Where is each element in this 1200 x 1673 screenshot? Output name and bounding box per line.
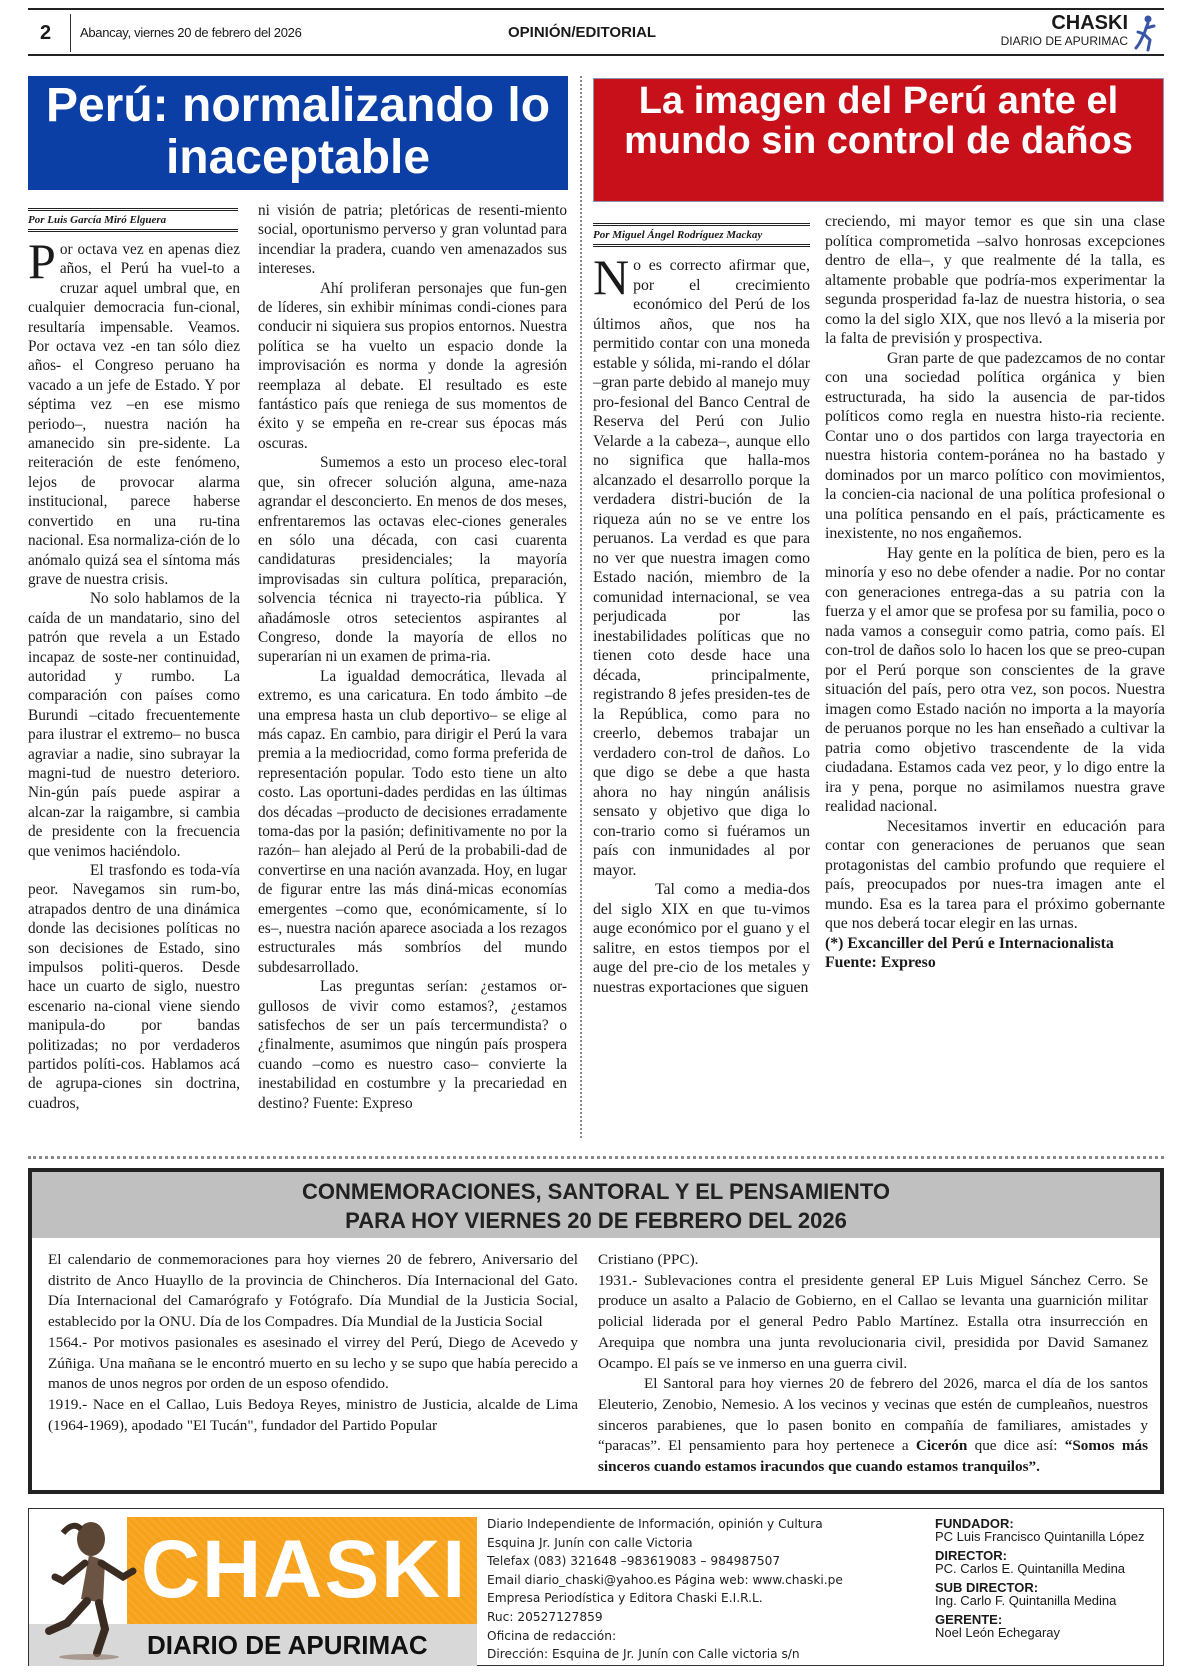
paragraph: Ahí proliferan personajes que fun-gen de…: [258, 279, 567, 454]
commemorations-left-column: El calendario de conmemoraciones para ho…: [48, 1250, 578, 1436]
quote-author: Cicerón: [916, 1437, 967, 1454]
paragraph: o es correcto afirmar que, por el crecim…: [593, 257, 810, 879]
column-divider: [580, 76, 582, 1138]
santoral-paragraph: El Santoral para hoy viernes 20 de febre…: [598, 1374, 1148, 1478]
info-line: Telefax (083) 321648 –983619083 – 984987…: [487, 1552, 843, 1571]
heading-line: CONMEMORACIONES, SANTORAL Y EL PENSAMIEN…: [32, 1177, 1160, 1206]
staff-name: Noel León Echegaray: [935, 1626, 1164, 1640]
info-line: Oficina de redacción:: [487, 1627, 843, 1646]
staff-name: Ing. Carlo F. Quintanilla Medina: [935, 1594, 1164, 1608]
quote-intro: que dice así:: [967, 1437, 1064, 1454]
paragraph: creciendo, mi mayor temor es que sin una…: [825, 212, 1165, 349]
article-right-title: La imagen del Perú ante el mundo sin con…: [593, 78, 1164, 202]
info-line: Ruc: 20527127859: [487, 1608, 843, 1627]
header-divider: [70, 14, 71, 52]
logo-banner: CHASKI: [127, 1517, 477, 1624]
info-line: Dirección: Esquina de Jr. Junín con Call…: [487, 1645, 843, 1664]
issue-date: Abancay, viernes 20 de febrero del 2026: [80, 25, 302, 40]
section-divider: [28, 1156, 1164, 1159]
logo-title: CHASKI: [139, 1521, 469, 1619]
chaski-runner-icon: [33, 1511, 141, 1661]
info-line: Esquina Jr. Junín con calle Victoria: [487, 1534, 843, 1553]
article-left-byline: Por Luis García Miró Elguera: [28, 208, 238, 232]
page-number: 2: [40, 22, 51, 45]
brand-subtitle: DIARIO DE APURIMAC: [1001, 34, 1128, 48]
drop-cap: P: [28, 242, 56, 280]
paragraph: Gran parte de que padezcamos de no conta…: [825, 349, 1165, 544]
brand-name: CHASKI: [1001, 12, 1128, 34]
author-footnote: (*) Excanciller del Perú e Internacional…: [825, 934, 1165, 954]
info-line: Email diario_chaski@yahoo.es Página web:…: [487, 1571, 843, 1590]
masthead-footer: DIARIO DE APURIMAC CHASKI Diario Indepen…: [28, 1508, 1164, 1666]
paragraph: No solo hablamos de la caída de un manda…: [28, 589, 240, 861]
article-left-title: Perú: normalizando lo inaceptable: [28, 76, 568, 190]
article-left-column-1: Por octava vez en apenas diez años, el P…: [28, 240, 240, 1113]
paragraph: 1564.- Por motivos pasionales es asesina…: [48, 1333, 578, 1395]
article-right-column-2: creciendo, mi mayor temor es que sin una…: [825, 212, 1165, 973]
commemorations-box: CONMEMORACIONES, SANTORAL Y EL PENSAMIEN…: [28, 1168, 1164, 1494]
commemorations-right-column: Cristiano (PPC). 1931.- Sublevaciones co…: [598, 1250, 1148, 1478]
paragraph: Cristiano (PPC).: [598, 1250, 1148, 1271]
staff-name: PC Luis Francisco Quintanilla López: [935, 1530, 1164, 1544]
paragraph: La igualdad democrática, llevada al extr…: [258, 667, 567, 978]
info-line: Empresa Periodística y Editora Chaski E.…: [487, 1589, 843, 1608]
info-line: Diario Independiente de Información, opi…: [487, 1515, 843, 1534]
article-right-byline: Por Miguel Ángel Rodríguez Mackay: [593, 223, 810, 247]
header-brand: CHASKI DIARIO DE APURIMAC: [1001, 12, 1128, 48]
paragraph: El trasfondo es toda-vía peor. Navegamos…: [28, 861, 240, 1113]
paragraph: Hay gente en la política de bien, pero e…: [825, 544, 1165, 817]
publisher-info: Diario Independiente de Información, opi…: [487, 1515, 843, 1664]
paragraph: Sumemos a esto un proceso elec-toral que…: [258, 453, 567, 666]
article-left-column-2: ni visión de patria; pletóricas de resen…: [258, 201, 567, 1113]
runner-logo-icon: [1134, 14, 1160, 52]
paragraph: or octava vez en apenas diez años, el Pe…: [28, 241, 240, 588]
paragraph: 1919.- Nace en el Callao, Luis Bedoya Re…: [48, 1395, 578, 1436]
paragraph: Tal como a media-dos del siglo XIX en qu…: [593, 880, 810, 997]
heading-line: PARA HOY VIERNES 20 DE FEBRERO DEL 2026: [32, 1206, 1160, 1235]
logo-subtitle: DIARIO DE APURIMAC: [147, 1630, 428, 1661]
paragraph: El calendario de conmemoraciones para ho…: [48, 1250, 578, 1333]
staff-name: PC. Carlos E. Quintanilla Medina: [935, 1562, 1164, 1576]
paragraph: Necesitamos invertir en educación para c…: [825, 817, 1165, 934]
article-source: Fuente: Expreso: [825, 953, 1165, 973]
commemorations-heading: CONMEMORACIONES, SANTORAL Y EL PENSAMIEN…: [32, 1172, 1160, 1238]
page-header: 2 Abancay, viernes 20 de febrero del 202…: [28, 8, 1164, 56]
staff-list: FUNDADOR: PC Luis Francisco Quintanilla …: [934, 1513, 1164, 1663]
paragraph: ni visión de patria; pletóricas de resen…: [258, 201, 567, 279]
drop-cap: N: [593, 258, 629, 296]
paragraph: Las preguntas serían: ¿estamos or-gullos…: [258, 977, 567, 1113]
article-right-column-1: No es correcto afirmar que, por el creci…: [593, 256, 810, 997]
section-name: OPINIÓN/EDITORIAL: [508, 24, 656, 41]
paragraph: 1931.- Sublevaciones contra el president…: [598, 1271, 1148, 1375]
